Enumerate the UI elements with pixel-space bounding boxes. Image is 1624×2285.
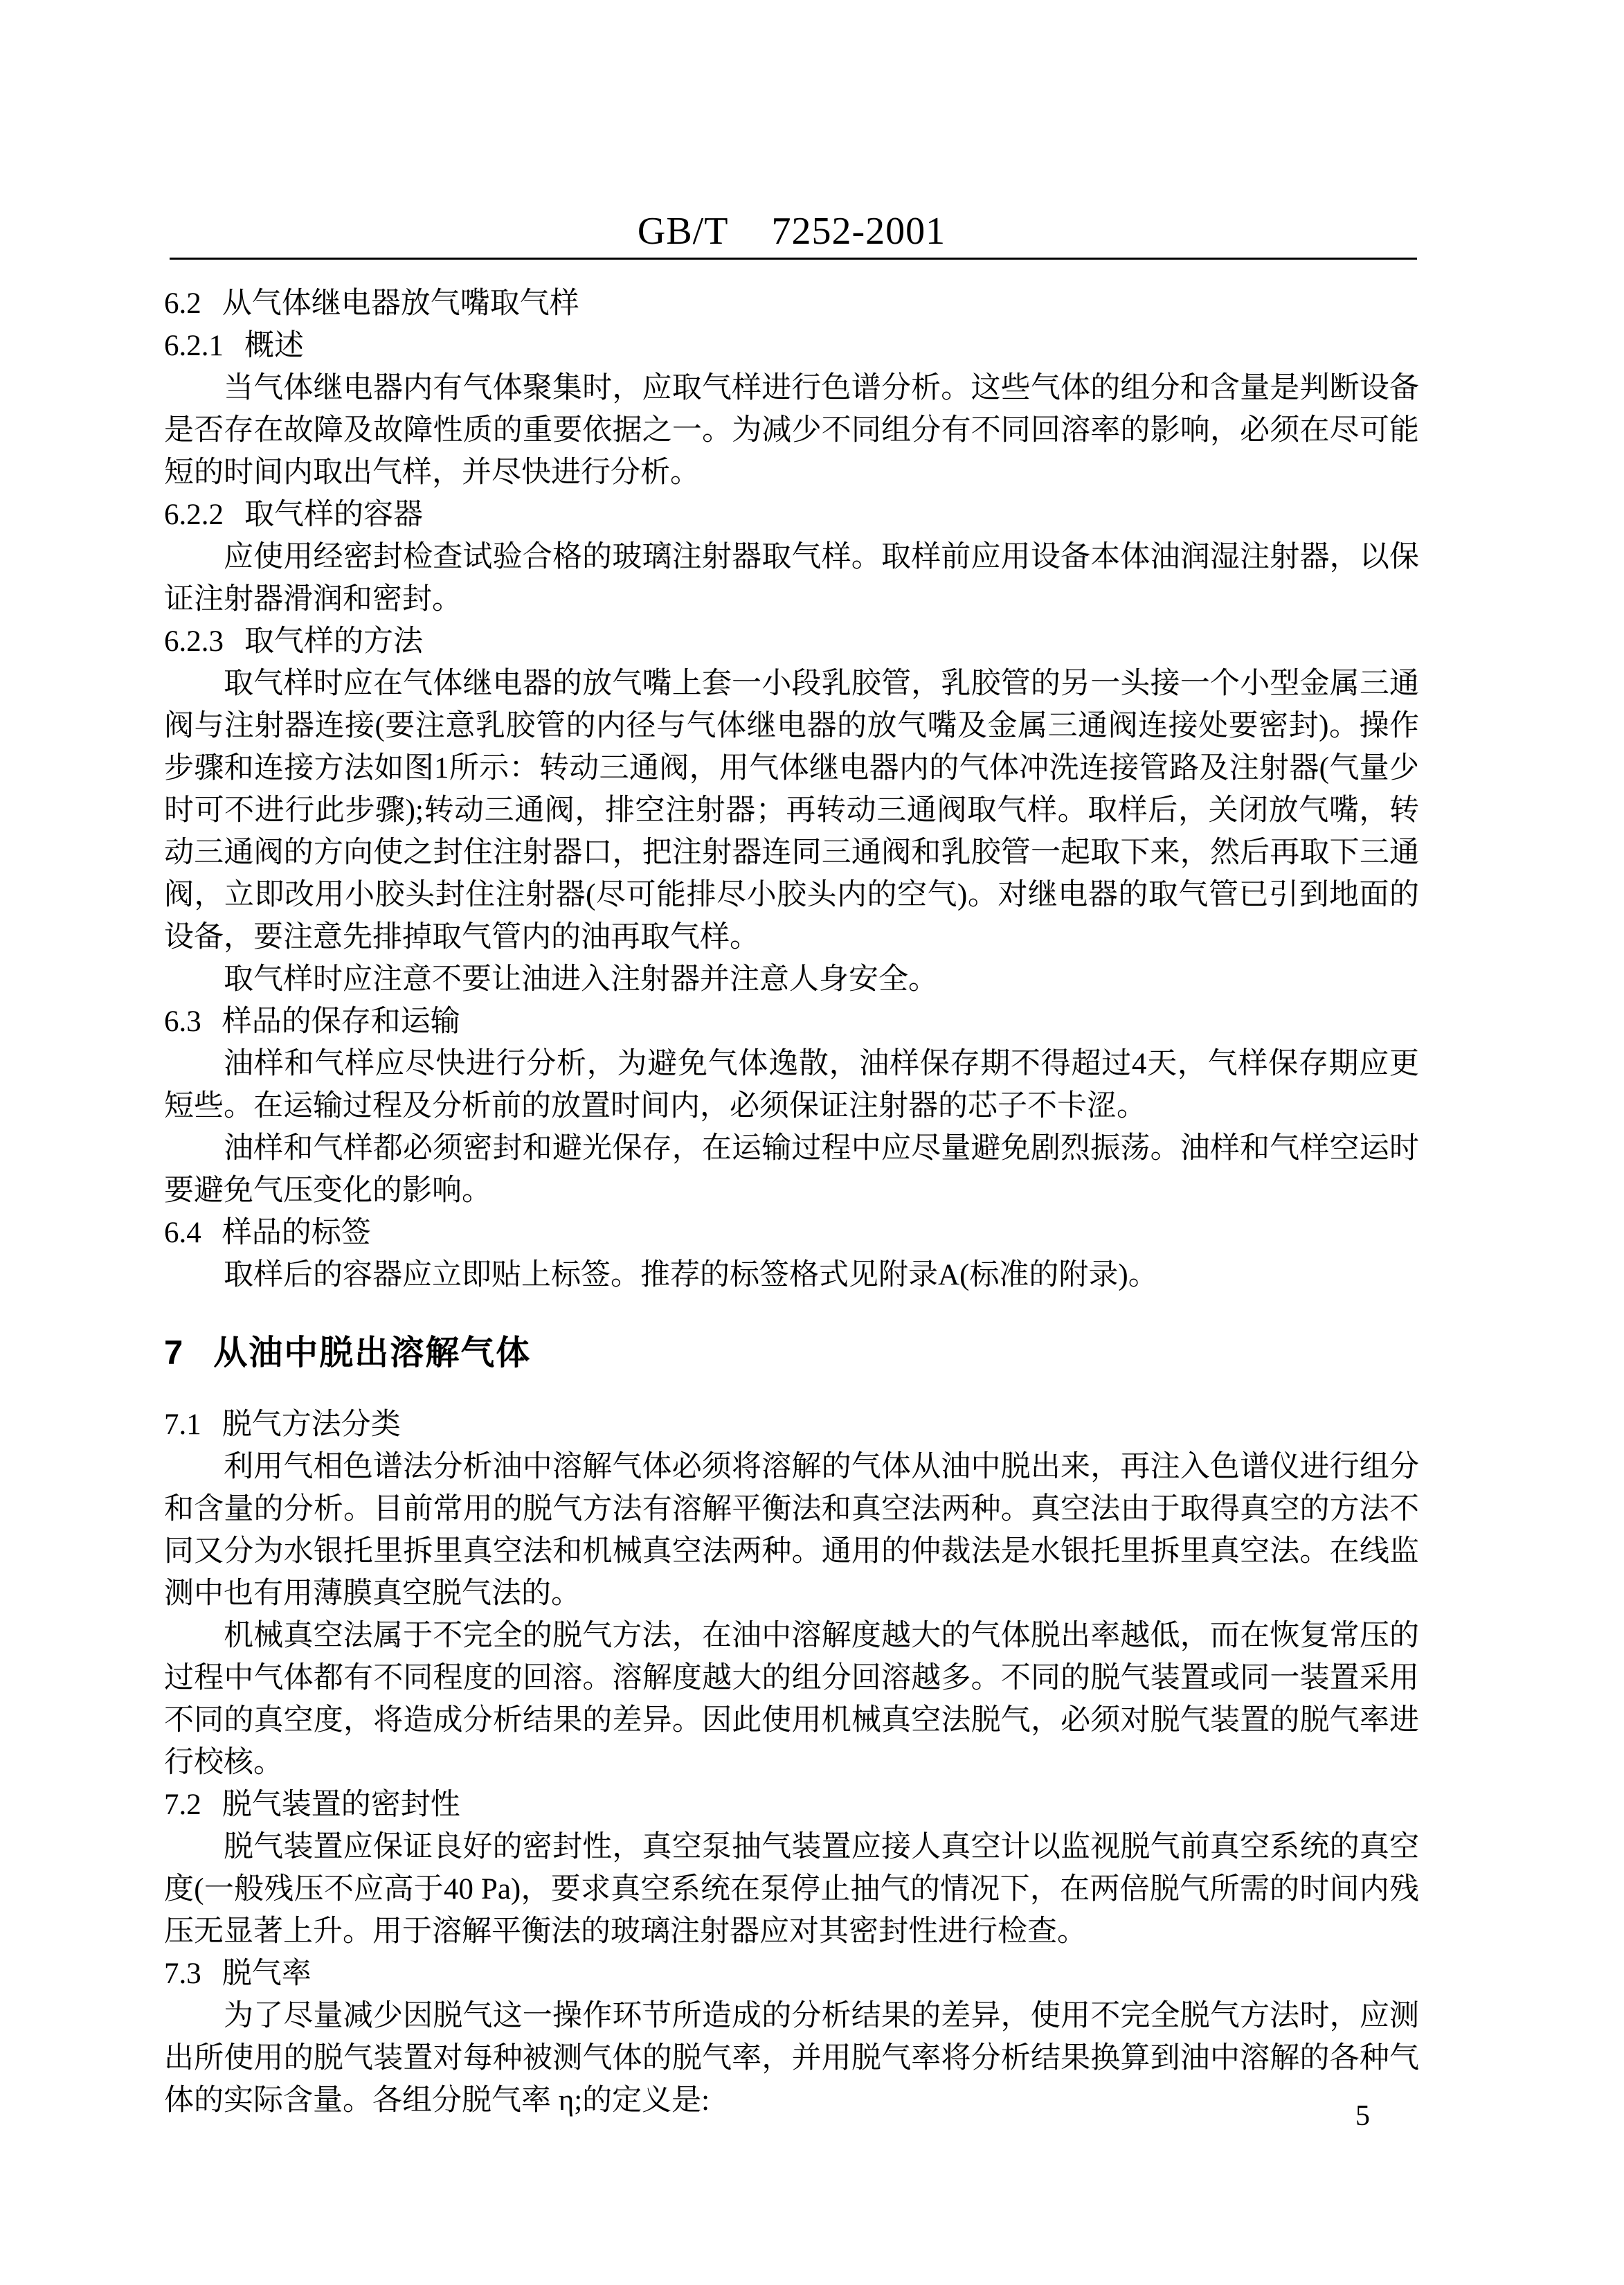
- header-rule: [170, 258, 1417, 260]
- paragraph: 油样和气样都必须密封和避光保存，在运输过程中应尽量避免剧烈振荡。油样和气样空运时…: [164, 1127, 1419, 1212]
- section-heading-7-1: 7.1脱气方法分类: [164, 1404, 1419, 1446]
- section-number: 7.1: [164, 1408, 201, 1441]
- section-number: 7.3: [164, 1957, 201, 1990]
- section-title: 脱气装置的密封性: [222, 1789, 460, 1821]
- paragraph: 为了尽量减少因脱气这一操作环节所造成的分析结果的差异，使用不完全脱气方法时，应测…: [164, 1995, 1419, 2122]
- section-title: 从气体继电器放气嘴取气样: [222, 287, 579, 320]
- paragraph: 取气样时应在气体继电器的放气嘴上套一小段乳胶管，乳胶管的另一头接一个小型金属三通…: [164, 663, 1419, 958]
- section-number: 6.2.3: [164, 625, 224, 658]
- section-number: 6.4: [164, 1217, 201, 1249]
- section-title: 脱气方法分类: [222, 1408, 401, 1441]
- paragraph: 当气体继电器内有气体聚集时，应取气样进行色谱分析。这些气体的组分和含量是判断设备…: [164, 367, 1419, 494]
- paragraph: 应使用经密封检查试验合格的玻璃注射器取气样。取样前应用设备本体油润湿注射器，以保…: [164, 536, 1419, 620]
- page-number: 5: [1355, 2099, 1370, 2133]
- paragraph: 利用气相色谱法分析油中溶解气体必须将溶解的气体从油中脱出来，再注入色谱仪进行组分…: [164, 1446, 1419, 1615]
- paragraph: 机械真空法属于不完全的脱气方法，在油中溶解度越大的气体脱出率越低，而在恢复常压的…: [164, 1615, 1419, 1784]
- paragraph: 脱气装置应保证良好的密封性，真空泵抽气装置应接人真空计以监视脱气前真空系统的真空…: [164, 1826, 1419, 1953]
- paragraph: 油样和气样应尽快进行分析，为避免气体逸散，油样保存期不得超过4天，气样保存期应更…: [164, 1043, 1419, 1127]
- section-heading-6-2-1: 6.2.1概述: [164, 325, 1419, 367]
- section-title: 样品的保存和运输: [222, 1005, 460, 1038]
- section-title: 样品的标签: [222, 1217, 371, 1249]
- section-title: 脱气率: [222, 1957, 312, 1990]
- section-title: 概述: [244, 330, 304, 362]
- chapter-number: 7: [164, 1334, 184, 1372]
- chapter-title: 从油中脱出溶解气体: [213, 1334, 531, 1372]
- section-heading-6-2-3: 6.2.3取气样的方法: [164, 620, 1419, 663]
- document-body: 6.2从气体继电器放气嘴取气样 6.2.1概述 当气体继电器内有气体聚集时，应取…: [164, 283, 1419, 2122]
- section-heading-6-2: 6.2从气体继电器放气嘴取气样: [164, 283, 1419, 325]
- section-heading-7-2: 7.2脱气装置的密封性: [164, 1784, 1419, 1826]
- section-number: 6.3: [164, 1005, 201, 1038]
- section-title: 取气样的容器: [244, 499, 423, 531]
- document-page: GB/T 7252-2001 6.2从气体继电器放气嘴取气样 6.2.1概述 当…: [0, 0, 1624, 2285]
- section-heading-6-4: 6.4样品的标签: [164, 1212, 1419, 1254]
- section-heading-6-2-2: 6.2.2取气样的容器: [164, 494, 1419, 536]
- section-number: 6.2.1: [164, 330, 224, 362]
- paragraph: 取样后的容器应立即贴上标签。推荐的标签格式见附录A(标准的附录)。: [164, 1254, 1419, 1296]
- chapter-heading-7: 7从油中脱出溶解气体: [164, 1332, 1419, 1374]
- section-number: 7.2: [164, 1789, 201, 1821]
- section-title: 取气样的方法: [244, 625, 423, 658]
- paragraph: 取气样时应注意不要让油进入注射器并注意人身安全。: [164, 958, 1419, 1001]
- standard-number-header: GB/T 7252-2001: [164, 209, 1419, 253]
- section-heading-7-3: 7.3脱气率: [164, 1953, 1419, 1995]
- section-number: 6.2.2: [164, 499, 224, 531]
- section-number: 6.2: [164, 287, 201, 320]
- section-heading-6-3: 6.3样品的保存和运输: [164, 1001, 1419, 1043]
